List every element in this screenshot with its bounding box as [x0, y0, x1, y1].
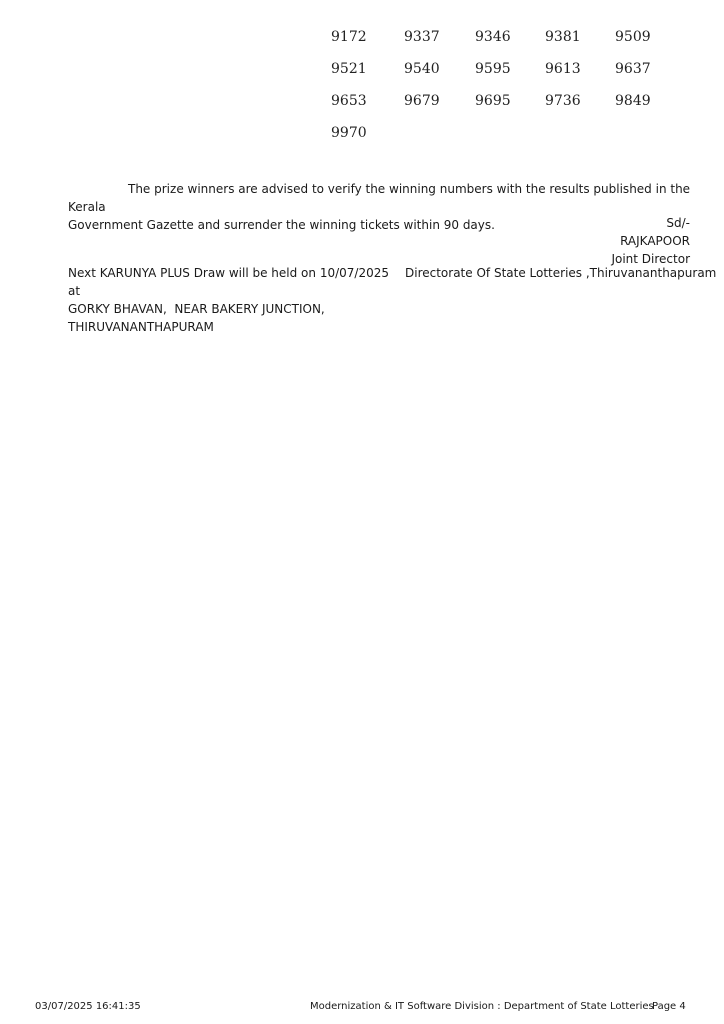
numbers-row: 9653 9679 9695 9736 9849 [331, 92, 691, 124]
notice-text-1: The prize winners are advised to verify … [68, 182, 690, 214]
signature-sd: Sd/- [611, 214, 690, 232]
next-draw-line-1: Next KARUNYA PLUS Draw will be held on 1… [68, 264, 398, 300]
winning-number: 9613 [545, 60, 581, 78]
next-draw-line-3: THIRUVANANTHAPURAM [68, 318, 398, 336]
winning-number: 9637 [615, 60, 651, 78]
winning-number: 9346 [475, 28, 511, 46]
next-draw-line-2: GORKY BHAVAN, NEAR BAKERY JUNCTION, [68, 300, 398, 318]
winning-number: 9970 [331, 124, 367, 142]
winning-number: 9172 [331, 28, 367, 46]
winning-number: 9653 [331, 92, 367, 110]
footer-page-number: Page 4 [652, 1000, 686, 1014]
signature-block: Sd/- RAJKAPOOR Joint Director [611, 214, 690, 268]
winning-number: 9736 [545, 92, 581, 110]
prize-notice: The prize winners are advised to verify … [68, 180, 698, 234]
signatory-name: RAJKAPOOR [611, 232, 690, 250]
winning-number: 9337 [404, 28, 440, 46]
numbers-row: 9970 [331, 124, 691, 156]
footer-division: Modernization & IT Software Division : D… [310, 1000, 654, 1014]
directorate-office: Directorate Of State Lotteries ,Thiruvan… [405, 264, 716, 282]
numbers-row: 9521 9540 9595 9613 9637 [331, 60, 691, 92]
winning-number: 9381 [545, 28, 581, 46]
numbers-row: 9172 9337 9346 9381 9509 [331, 28, 691, 60]
winning-number: 9849 [615, 92, 651, 110]
footer-timestamp: 03/07/2025 16:41:35 [35, 1000, 141, 1014]
winning-numbers-grid: 9172 9337 9346 9381 9509 9521 9540 9595 … [331, 28, 691, 156]
next-draw-info: Next KARUNYA PLUS Draw will be held on 1… [68, 264, 398, 336]
notice-line-1: The prize winners are advised to verify … [68, 180, 698, 216]
notice-line-2: Government Gazette and surrender the win… [68, 216, 698, 234]
winning-number: 9679 [404, 92, 440, 110]
winning-number: 9540 [404, 60, 440, 78]
winning-number: 9695 [475, 92, 511, 110]
winning-number: 9521 [331, 60, 367, 78]
winning-number: 9509 [615, 28, 651, 46]
winning-number: 9595 [475, 60, 511, 78]
